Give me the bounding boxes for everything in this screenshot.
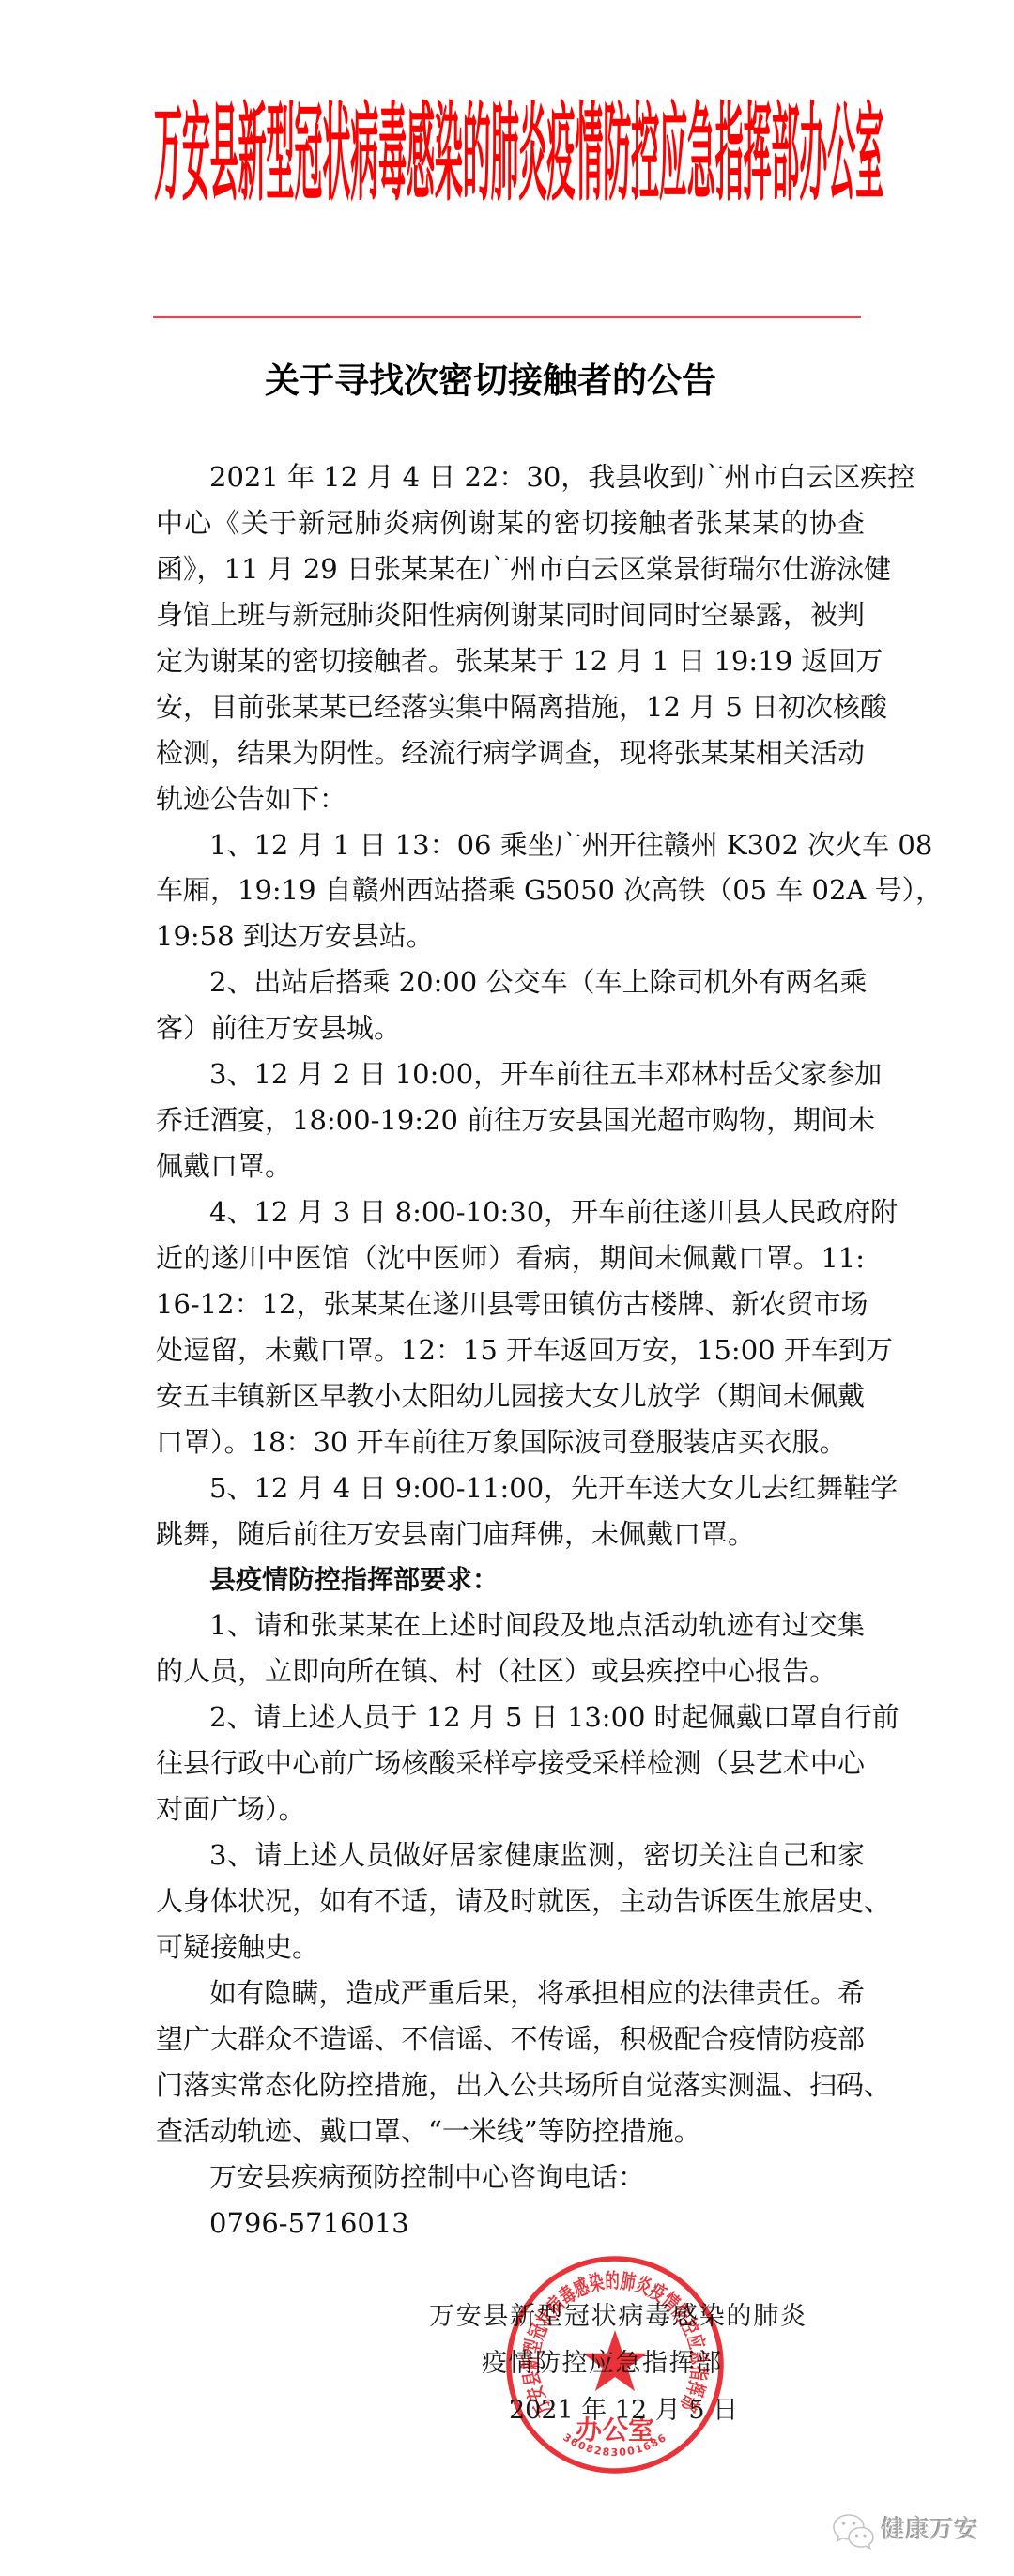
text-line: 佩戴口罩。	[156, 1143, 865, 1189]
text-line: 安五丰镇新区早教小太阳幼儿园接大女儿放学（期间未佩戴	[156, 1373, 865, 1419]
text-line: 处逗留，未戴口罩。12：15 开车返回万安，15:00 开车到万	[156, 1327, 865, 1373]
text-line: 2、出站后搭乘 20:00 公交车（车上除司机外有两名乘	[156, 959, 865, 1005]
wechat-icon	[832, 2512, 875, 2550]
text-line: 16-12：12，张某某在遂川县雩田镇仿古楼牌、新农贸市场	[156, 1281, 865, 1327]
text-line: 3、12 月 2 日 10:00，开车前往五丰邓林村岳父家参加	[156, 1051, 865, 1097]
paragraph-warning: 如有隐瞒，造成严重后果，将承担相应的法律责任。希 望广大群众不造谣、不信谣、不传…	[156, 1970, 865, 2154]
text-line: 如有隐瞒，造成严重后果，将承担相应的法律责任。希	[156, 1970, 865, 2016]
requirement-item-3: 3、请上述人员做好居家健康监测，密切关注自己和家 人身体状况，如有不适，请及时就…	[156, 1832, 865, 1970]
text-line: 2、请上述人员于 12 月 5 日 13:00 时起佩戴口罩自行前	[156, 1694, 865, 1740]
trajectory-item-2: 2、出站后搭乘 20:00 公交车（车上除司机外有两名乘 客）前往万安县城。	[156, 959, 865, 1051]
text-line: 跳舞，随后前往万安县南门庙拜佛，未佩戴口罩。	[156, 1511, 865, 1557]
text-line: 车厢，19:19 自赣州西站搭乘 G5050 次高铁（05 车 02A 号），	[156, 867, 865, 913]
text-line: 门落实常态化防控措施，出入公共场所自觉落实测温、扫码、	[156, 2062, 865, 2108]
hotline-number: 0796-5716013	[156, 2200, 865, 2246]
text-line: 对面广场）。	[156, 1786, 865, 1832]
text-line: 可疑接触史。	[156, 1924, 865, 1970]
requirements-heading: 县疫情防控指挥部要求：	[156, 1557, 865, 1603]
text-line: 1、12 月 1 日 13：06 乘坐广州开往赣州 K302 次火车 08	[156, 822, 865, 868]
text-line: 函》，11 月 29 日张某某在广州市白云区棠景街瑞尔仕游泳健	[156, 546, 865, 592]
text-line: 3、请上述人员做好居家健康监测，密切关注自己和家	[156, 1832, 865, 1878]
text-line: 客）前往万安县城。	[156, 1005, 865, 1051]
paragraph-intro: 2021 年 12 月 4 日 22：30，我县收到广州市白云区疾控 中心《关于…	[156, 454, 865, 822]
requirement-item-2: 2、请上述人员于 12 月 5 日 13:00 时起佩戴口罩自行前 往县行政中心…	[156, 1694, 865, 1832]
text-line: 中心《关于新冠肺炎病例谢某的密切接触者张某某的协查	[156, 500, 865, 546]
official-seal: 万安县新型冠状病毒感染的肺炎疫情防控应急指挥部 办公室 360828300168…	[502, 2252, 728, 2477]
text-line: 2021 年 12 月 4 日 22：30，我县收到广州市白云区疾控	[156, 454, 865, 500]
red-divider	[153, 316, 861, 318]
watermark-label: 健康万安	[881, 2514, 978, 2546]
text-line: 近的遂川中医馆（沈中医师）看病，期间未佩戴口罩。11:	[156, 1235, 865, 1281]
text-line: 5、12 月 4 日 9:00-11:00，先开车送大女儿去红舞鞋学	[156, 1465, 865, 1511]
notice-body: 2021 年 12 月 4 日 22：30，我县收到广州市白云区疾控 中心《关于…	[156, 454, 865, 2246]
star-icon	[583, 2330, 647, 2391]
text-line: 安，目前张某某已经落实集中隔离措施，12 月 5 日初次核酸	[156, 684, 865, 730]
text-line: 人身体状况，如有不适，请及时就医，主动告诉医生旅居史、	[156, 1878, 865, 1924]
text-line: 查活动轨迹、戴口罩、“一米线”等防控措施。	[156, 2108, 865, 2154]
text-line: 定为谢某的密切接触者。张某某于 12 月 1 日 19:19 返回万	[156, 638, 865, 684]
trajectory-item-4: 4、12 月 3 日 8:00-10:30，开车前往遂川县人民政府附 近的遂川中…	[156, 1189, 865, 1465]
text-line: 口罩）。18：30 开车前往万象国际波司登服装店买衣服。	[156, 1419, 865, 1465]
text-line: 往县行政中心前广场核酸采样亭接受采样检测（县艺术中心	[156, 1740, 865, 1786]
hotline-label: 万安县疾病预防控制中心咨询电话：	[156, 2154, 865, 2200]
text-line: 19:58 到达万安县站。	[156, 913, 865, 959]
text-line: 望广大群众不造谣、不信谣、不传谣，积极配合疫情防疫部	[156, 2016, 865, 2062]
wechat-watermark: 健康万安	[830, 2508, 990, 2552]
text-line: 4、12 月 3 日 8:00-10:30，开车前往遂川县人民政府附	[156, 1189, 865, 1235]
text-line: 的人员，立即向所在镇、村（社区）或县疾控中心报告。	[156, 1648, 865, 1694]
seal-center-text: 办公室	[576, 2415, 654, 2446]
text-line: 轨迹公告如下：	[156, 776, 865, 822]
text-line: 1、请和张某某在上述时间段及地点活动轨迹有过交集	[156, 1602, 865, 1648]
text-line: 检测，结果为阴性。经流行病学调查，现将张某某相关活动	[156, 730, 865, 776]
letterhead-title: 万安县新型冠状病毒感染的肺炎疫情防控应急指挥部办公室	[154, 105, 883, 211]
requirement-item-1: 1、请和张某某在上述时间段及地点活动轨迹有过交集 的人员，立即向所在镇、村（社区…	[156, 1602, 865, 1694]
trajectory-item-3: 3、12 月 2 日 10:00，开车前往五丰邓林村岳父家参加 乔迁酒宴，18:…	[156, 1051, 865, 1189]
text-line: 身馆上班与新冠肺炎阳性病例谢某同时间同时空暴露，被判	[156, 592, 865, 638]
letterhead-title-text: 万安县新型冠状病毒感染的肺炎疫情防控应急指挥部办公室	[154, 105, 883, 211]
trajectory-item-1: 1、12 月 1 日 13：06 乘坐广州开往赣州 K302 次火车 08 车厢…	[156, 822, 865, 960]
notice-title: 关于寻找次密切接触者的公告	[265, 360, 712, 400]
text-line: 乔迁酒宴，18:00-19:20 前往万安县国光超市购物，期间未	[156, 1097, 865, 1143]
trajectory-item-5: 5、12 月 4 日 9:00-11:00，先开车送大女儿去红舞鞋学 跳舞，随后…	[156, 1465, 865, 1557]
